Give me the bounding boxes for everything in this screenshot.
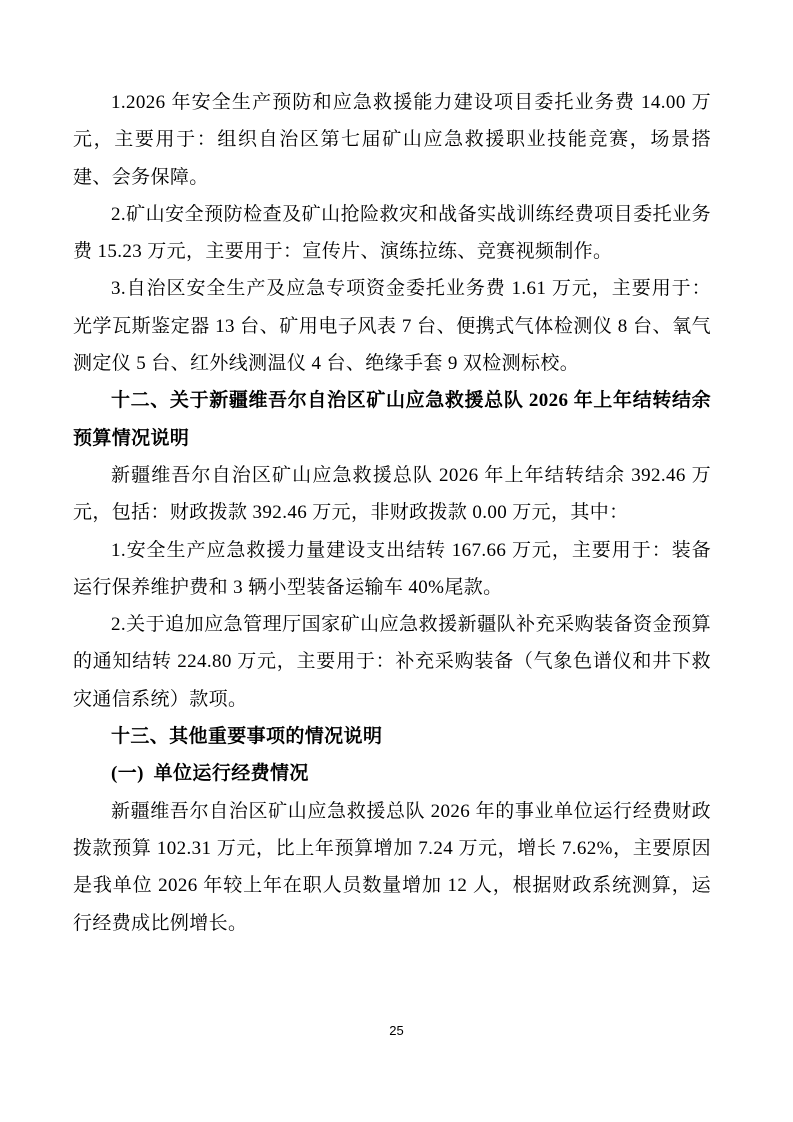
document-page: 1.2026 年安全生产预防和应急救援能力建设项目委托业务费 14.00 万元，… xyxy=(0,0,793,1122)
paragraph: 3.自治区安全生产及应急专项资金委托业务费 1.61 万元，主要用于：光学瓦斯鉴… xyxy=(73,270,711,382)
section-heading: 十二、关于新疆维吾尔自治区矿山应急救援总队 2026 年上年结转结余预算情况说明 xyxy=(73,382,711,457)
page-number: 25 xyxy=(0,1022,793,1040)
paragraph: 新疆维吾尔自治区矿山应急救援总队 2026 年上年结转结余 392.46 万元，… xyxy=(73,457,711,532)
document-body: 1.2026 年安全生产预防和应急救援能力建设项目委托业务费 14.00 万元，… xyxy=(73,84,711,942)
paragraph: 1.2026 年安全生产预防和应急救援能力建设项目委托业务费 14.00 万元，… xyxy=(73,84,711,196)
paragraph: 1.安全生产应急救援力量建设支出结转 167.66 万元，主要用于：装备运行保养… xyxy=(73,532,711,607)
section-heading: 十三、其他重要事项的情况说明 xyxy=(73,718,711,755)
paragraph: 新疆维吾尔自治区矿山应急救援总队 2026 年的事业单位运行经费财政拨款预算 1… xyxy=(73,793,711,942)
paragraph: 2.关于追加应急管理厅国家矿山应急救援新疆队补充采购装备资金预算的通知结转 22… xyxy=(73,606,711,718)
sub-section-heading: (一) 单位运行经费情况 xyxy=(73,755,711,792)
paragraph: 2.矿山安全预防检查及矿山抢险救灾和战备实战训练经费项目委托业务费 15.23 … xyxy=(73,196,711,271)
